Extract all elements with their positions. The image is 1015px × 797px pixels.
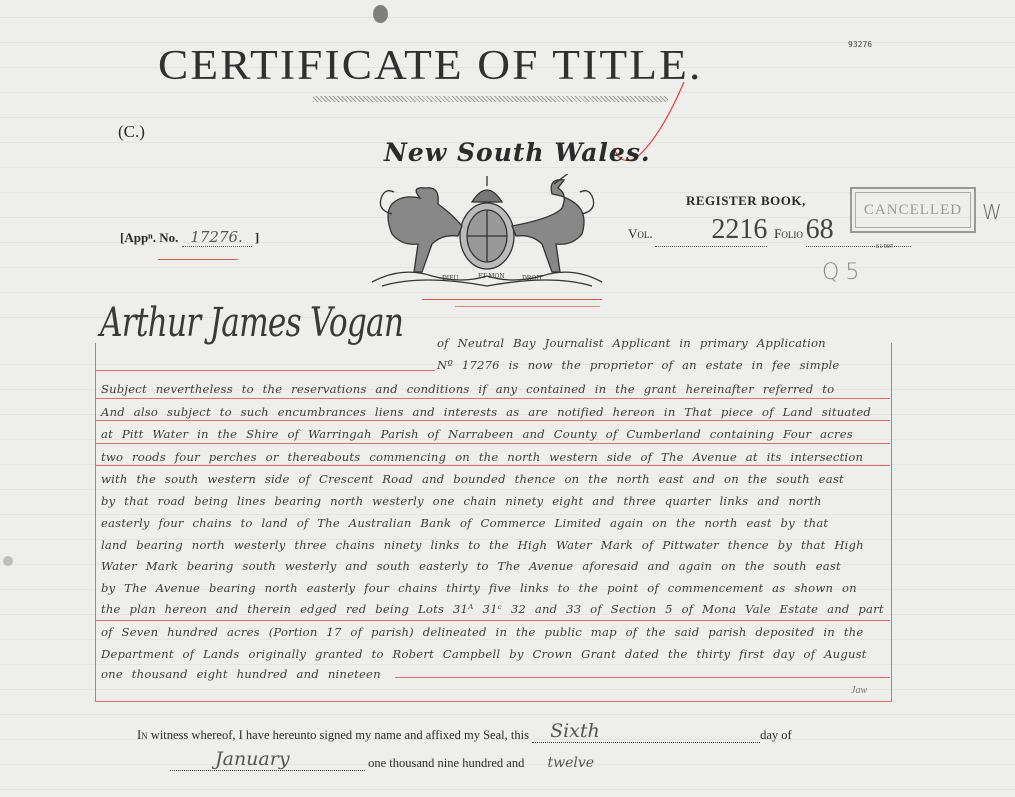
folio-label: Folio [774,226,803,241]
red-rule [95,420,890,421]
register-book-label: REGISTER BOOK, [686,193,806,209]
body-line: the plan hereon and therein edged red be… [101,602,884,616]
red-rule [95,398,890,399]
svg-text:DIEU: DIEU [442,275,459,282]
serial-number: 93276 [848,40,872,49]
body-line: land bearing north westerly three chains… [101,538,864,552]
application-number-field: [Appⁿ. No. 17276. ] [120,228,259,247]
svg-text:ET MON: ET MON [478,273,505,280]
margin-mark-q5: Q5 [822,260,865,285]
body-line: at Pitt Water in the Shire of Warringah … [101,427,853,441]
body-line: Department of Lands originally granted t… [101,647,867,661]
jurisdiction-heading: New South Wales. [384,138,651,167]
red-rule [95,465,890,466]
application-number-label: [Appⁿ. No. [120,230,178,245]
volume-number: 2216 [711,214,767,245]
witness-date-line: January one thousand nine hundred and tw… [170,748,594,771]
folio-number: 68 [806,214,834,245]
witness-year: twelve [547,755,594,771]
body-line: two roods four perches or thereabouts co… [101,450,863,464]
cancelled-stamp: CANCELLED [850,187,976,233]
red-rule [395,677,890,678]
red-rule [95,443,890,444]
body-line: of Seven hundred acres (Portion 17 of pa… [101,625,863,639]
application-red-underline [158,259,238,260]
body-line: Subject nevertheless to the reservations… [101,382,834,396]
svg-text:DROIT: DROIT [522,275,543,282]
application-number-value: 17276. [182,228,252,247]
owner-top-red-rule [455,306,600,307]
body-line: with the south western side of Crescent … [101,472,844,486]
body-line: And also subject to such encumbrances li… [101,405,871,419]
witness-month: January [215,748,290,770]
clerk-initials: Jaw [851,685,867,696]
body-line: Nº 17276 is now the proprietor of an est… [437,358,839,372]
body-line: by that road being lines bearing north w… [101,494,822,508]
witness-clause: In witness whereof, I have hereunto sign… [137,720,792,743]
witness-day-suffix: day of [760,728,792,742]
witness-prefix: In [137,728,148,742]
proprietor-name: Arthur James Vogan [100,300,403,346]
body-line: easterly four chains to land of The Aust… [101,516,828,530]
body-line: one thousand eight hundred and nineteen [101,667,381,681]
punch-hole-top [373,5,388,23]
volume-label: Vol. [628,226,653,241]
margin-mark-w: W [982,200,1002,224]
witness-year-prefix: one thousand nine hundred and [368,756,524,770]
royal-coat-of-arms-icon: DIEU ET MON DROIT [362,174,612,292]
red-rule [95,620,890,621]
body-line: Water Mark bearing south westerly and so… [101,559,841,573]
punch-hole-left [3,556,13,566]
body-line: of Neutral Bay Journalist Applicant in p… [437,336,826,350]
print-code: S1 907 [876,244,893,250]
body-line: by The Avenue bearing north easterly fou… [101,581,857,595]
application-bracket: ] [255,230,259,245]
witness-day: Sixth [550,720,600,742]
witness-text: witness whereof, I have hereunto signed … [148,728,529,742]
form-code: (C.) [118,122,145,142]
red-rule [95,370,435,371]
crest-red-underline [422,299,602,300]
